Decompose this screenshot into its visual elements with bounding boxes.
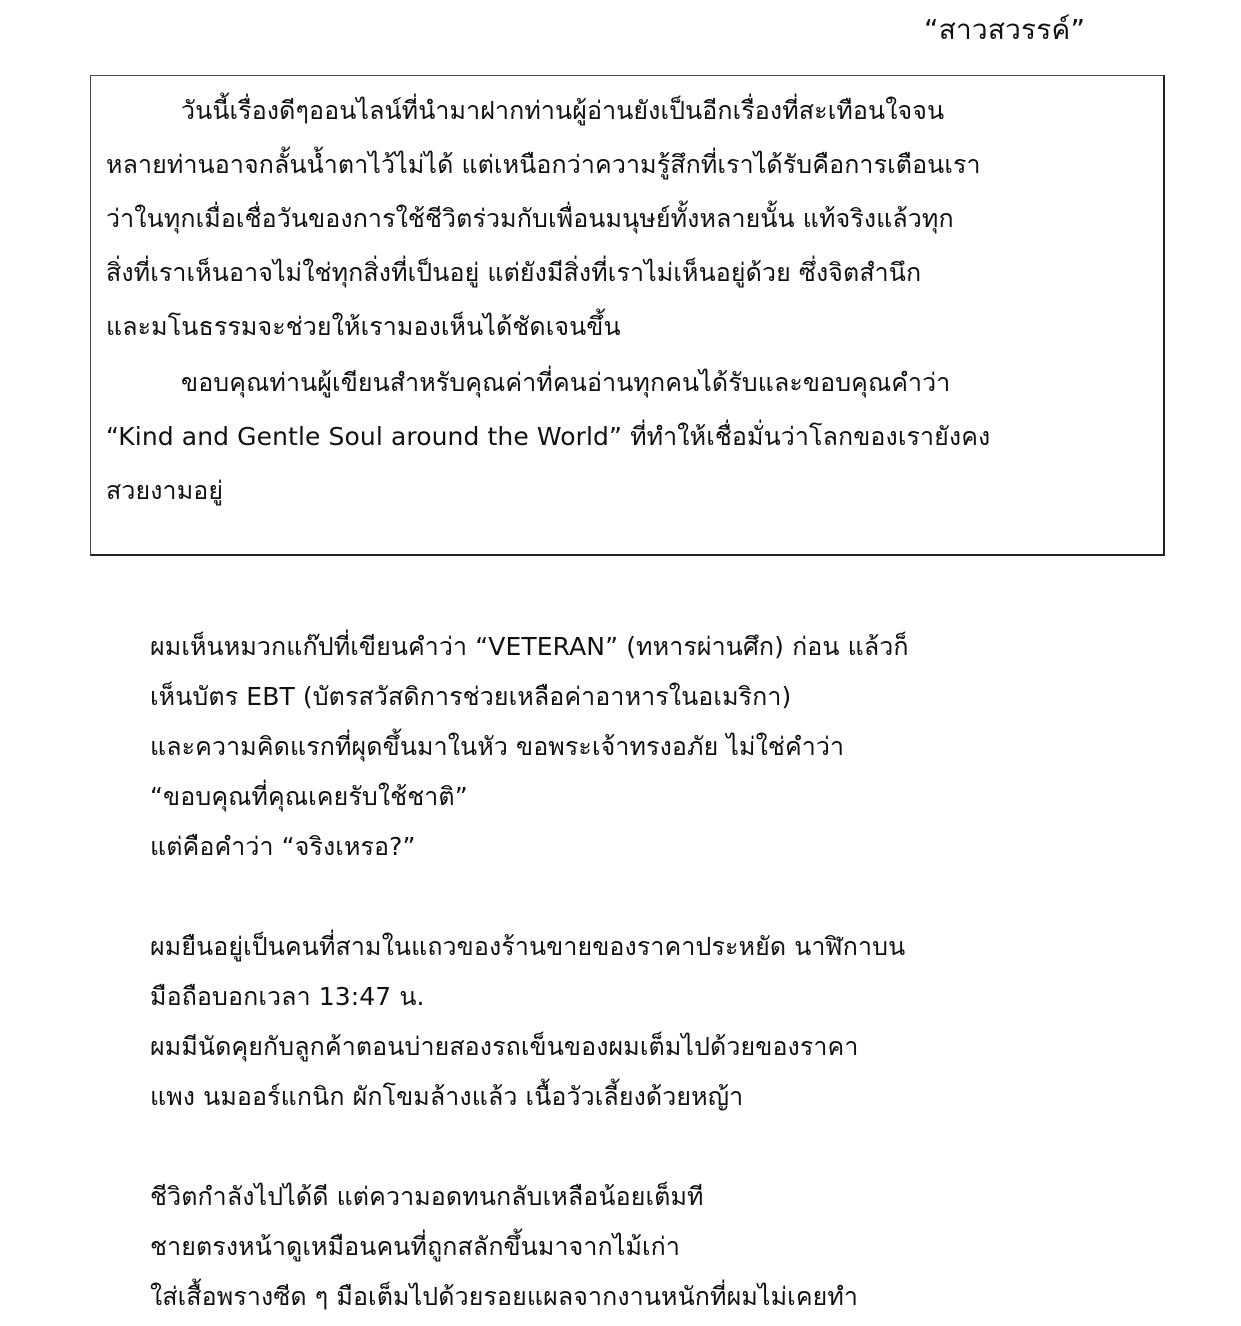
intro-line: ว่าในทุกเมื่อเชื่อวันของการใช้ชีวิตร่วมก…	[106, 192, 1148, 246]
paragraph-gap	[150, 1122, 1150, 1172]
story-block-3: ชีวิตกำลังไปได้ดี แต่ความอดทนกลับเหลือน้…	[150, 1172, 1150, 1322]
intro-line: “Kind and Gentle Soul around the World” …	[106, 410, 1148, 464]
story-line: ผมเห็นหมวกแก๊ปที่เขียนคำว่า “VETERAN” (ท…	[150, 622, 1150, 672]
story-line: เห็นบัตร EBT (บัตรสวัสดิการช่วยเหลือค่าอ…	[150, 672, 1150, 722]
story-line: แต่คือคำว่า “จริงเหรอ?”	[150, 822, 1150, 872]
author-signature: “สาวสวรรค์”	[924, 8, 1085, 52]
intro-box: วันนี้เรื่องดีๆออนไลน์ที่นำมาฝากท่านผู้อ…	[90, 75, 1165, 556]
story-line: แพง นมออร์แกนิก ผักโขมล้างแล้ว เนื้อวัวเ…	[150, 1072, 1150, 1122]
story-line: ชีวิตกำลังไปได้ดี แต่ความอดทนกลับเหลือน้…	[150, 1172, 1150, 1222]
intro-line: สิ่งที่เราเห็นอาจไม่ใช่ทุกสิ่งที่เป็นอยู…	[106, 246, 1148, 300]
intro-line: และมโนธรรมจะช่วยให้เรามองเห็นได้ชัดเจนขึ…	[106, 300, 1148, 354]
intro-line: หลายท่านอาจกลั้นน้ำตาไว้ไม่ได้ แต่เหนือก…	[106, 138, 1148, 192]
paragraph-gap	[150, 872, 1150, 922]
intro-line: ขอบคุณท่านผู้เขียนสำหรับคุณค่าที่คนอ่านท…	[106, 356, 1148, 410]
intro-paragraph-2: ขอบคุณท่านผู้เขียนสำหรับคุณค่าที่คนอ่านท…	[106, 356, 1148, 518]
story-body: ผมเห็นหมวกแก๊ปที่เขียนคำว่า “VETERAN” (ท…	[150, 622, 1150, 1322]
story-line: มือถือบอกเวลา 13:47 น.	[150, 972, 1150, 1022]
intro-line: วันนี้เรื่องดีๆออนไลน์ที่นำมาฝากท่านผู้อ…	[106, 84, 1148, 138]
intro-line: สวยงามอยู่	[106, 464, 1148, 518]
story-block-2: ผมยืนอยู่เป็นคนที่สามในแถวของร้านขายของร…	[150, 922, 1150, 1122]
story-line: “ขอบคุณที่คุณเคยรับใช้ชาติ”	[150, 772, 1150, 822]
story-block-1: ผมเห็นหมวกแก๊ปที่เขียนคำว่า “VETERAN” (ท…	[150, 622, 1150, 872]
story-line: ผมยืนอยู่เป็นคนที่สามในแถวของร้านขายของร…	[150, 922, 1150, 972]
story-line: ชายตรงหน้าดูเหมือนคนที่ถูกสลักขึ้นมาจากไ…	[150, 1222, 1150, 1272]
story-line: และความคิดแรกที่ผุดขึ้นมาในหัว ขอพระเจ้า…	[150, 722, 1150, 772]
intro-paragraph-1: วันนี้เรื่องดีๆออนไลน์ที่นำมาฝากท่านผู้อ…	[106, 84, 1148, 354]
story-line: ผมมีนัดคุยกับลูกค้าตอนบ่ายสองรถเข็นของผม…	[150, 1022, 1150, 1072]
story-line: ใส่เสื้อพรางซีด ๆ มือเต็มไปด้วยรอยแผลจาก…	[150, 1272, 1150, 1322]
